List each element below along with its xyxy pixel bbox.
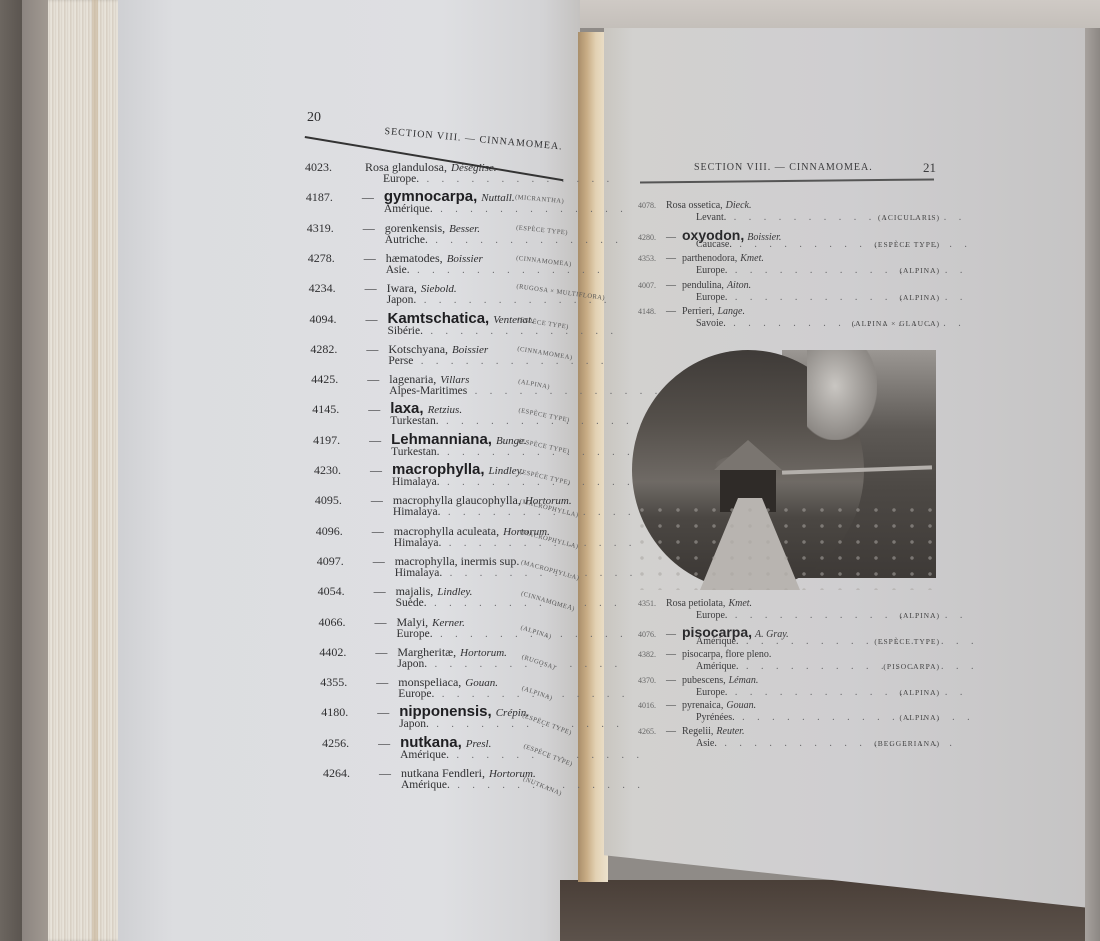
region-name: Europe.	[696, 265, 727, 276]
ditto-dash: —	[666, 306, 682, 317]
entry-region: Sibérie. . . . . . . . . . . . . .	[388, 325, 618, 337]
entry-region: Europe. . . . . . . . . . . . . .	[398, 688, 629, 700]
page-edge-highlight	[92, 0, 98, 941]
ditto-dash: —	[366, 342, 388, 357]
catalog-entry: 4016.—pyrenaica,Gouan.	[638, 700, 756, 711]
entry-region: Alpes-Maritimes . . . . . . . . . . . . …	[389, 385, 662, 397]
page-number: 21	[923, 160, 936, 176]
region-name: Amérique.	[384, 203, 433, 215]
region-name: Suède.	[396, 597, 427, 609]
entry-number: 4319.	[307, 221, 363, 236]
species-name: hæmatodes,	[386, 251, 443, 265]
region-name: Europe.	[383, 173, 419, 185]
species-name: Kotschyana,	[388, 342, 448, 356]
ditto-dash: —	[362, 190, 384, 205]
entry-region: Suède. . . . . . . . . . . . . .	[396, 597, 622, 609]
entry-region: Himalaya. . . . . . . . . . . . . .	[392, 476, 635, 488]
entry-number: 4066.	[319, 615, 375, 630]
region-name: Europe.	[398, 688, 434, 700]
entry-region: Himalaya. . . . . . . . . . . . . .	[395, 567, 638, 579]
species-name: macrophylla glaucophylla,	[393, 493, 521, 507]
group-tag: (PISOCARPA)	[883, 662, 940, 671]
region-name: Savoie.	[696, 318, 726, 329]
species-author: Léman.	[729, 675, 759, 686]
group-tag: (ESPÈCE TYPE)	[874, 240, 940, 249]
garden-photo-illustration	[632, 350, 936, 590]
entry-number: 4097.	[317, 554, 373, 569]
entry-number: 4230.	[314, 463, 370, 478]
region-name: Pyrénées.	[696, 712, 735, 723]
catalog-entry: 4078.Rosa ossetica,Dieck.	[638, 200, 751, 211]
region-name: Himalaya.	[392, 476, 440, 488]
entry-region: Himalaya. . . . . . . . . . . . . .	[394, 537, 637, 549]
species-name: Malyi,	[397, 615, 429, 629]
region-name: Amérique.	[401, 779, 450, 791]
ditto-dash: —	[366, 312, 388, 327]
entry-number: 4180.	[321, 705, 377, 720]
species-name: Rosa ossetica,	[666, 200, 723, 211]
species-name: monspeliaca,	[398, 675, 461, 689]
entry-region: Amérique. . . . . . . . . . . . . .	[384, 203, 628, 215]
group-tag: (ALPINA)	[900, 688, 941, 697]
ditto-dash: —	[375, 615, 397, 630]
group-tag: (ALPINA)	[900, 611, 941, 620]
region-name: Japon.	[387, 294, 417, 306]
ditto-dash: —	[375, 645, 397, 660]
leader-dots: . . . . . . . . . . . . .	[410, 265, 605, 276]
catalog-entry: 4370.—pubescens,Léman.	[638, 675, 758, 686]
region-name: Turkestan.	[391, 446, 439, 458]
entry-number: 4187.	[306, 190, 362, 205]
group-tag: (ALPINA)	[900, 293, 941, 302]
catalog-entry: 4007.—pendulina,Aiton.	[638, 280, 751, 291]
region-name: Japon.	[399, 718, 429, 730]
species-name: pendulina,	[682, 280, 724, 291]
species-author: Kmet.	[728, 598, 752, 609]
ditto-dash: —	[373, 554, 395, 569]
species-name: Iwara,	[387, 281, 417, 295]
species-name: pisocarpa, flore pleno.	[682, 649, 771, 660]
group-tag: (ALPINA × GLAUCA)	[852, 319, 940, 328]
entry-region: Asie. . . . . . . . . . . . . .	[386, 264, 605, 276]
region-name: Caucase.	[696, 239, 732, 250]
ditto-dash: —	[666, 649, 682, 660]
region-name: Perse	[388, 355, 413, 367]
region-name: Amérique.	[400, 749, 449, 761]
photo-sky	[807, 350, 877, 440]
entry-number: 4382.	[638, 650, 666, 659]
catalog-entry: 4265.—Regelii,Reuter.	[638, 726, 744, 737]
species-name: pyrenaica,	[682, 700, 723, 711]
species-name: majalis,	[396, 584, 434, 598]
entry-number: 4264.	[323, 766, 379, 781]
page-block-edges	[48, 0, 122, 941]
entry-region: Turkestan. . . . . . . . . . . . . .	[391, 446, 634, 458]
species-name: Rosa glandulosa,	[365, 160, 447, 174]
entry-region: Amérique. . . . . . . . . . . . . .	[400, 749, 644, 761]
ditto-dash: —	[374, 584, 396, 599]
region-name: Turkestan.	[390, 415, 438, 427]
ditto-dash: —	[369, 433, 391, 448]
entry-number: 4096.	[316, 524, 372, 539]
region-name: Amérique.	[696, 661, 739, 672]
entry-region: Japon. . . . . . . . . . . . . .	[399, 718, 624, 730]
entry-region: Turkestan. . . . . . . . . . . . . .	[390, 415, 633, 427]
region-name: Europe.	[696, 292, 727, 303]
group-tag: (ALPINA)	[900, 266, 941, 275]
species-author: Aiton.	[727, 280, 751, 291]
ditto-dash: —	[666, 675, 682, 686]
leader-dots: . . . . . . . . . . . . . . . .	[739, 661, 979, 672]
region-name: Amérique.	[696, 636, 739, 647]
ditto-dash: —	[378, 736, 400, 751]
entry-number: 4351.	[638, 599, 666, 608]
species-name: nutkana Fendleri,	[401, 766, 485, 780]
ditto-dash: —	[666, 232, 682, 243]
region-name: Europe.	[696, 687, 727, 698]
ditto-dash: —	[666, 726, 682, 737]
species-name: gorenkensis,	[385, 221, 445, 235]
ditto-dash: —	[367, 372, 389, 387]
ditto-dash: —	[666, 253, 682, 264]
species-author: Dieck.	[726, 200, 752, 211]
species-name: parthenodora,	[682, 253, 737, 264]
leader-dots: . . . . . . . . . . . . .	[429, 719, 624, 730]
region-name: Levant.	[696, 212, 726, 223]
species-author: Lange.	[718, 306, 746, 317]
ditto-dash: —	[364, 251, 386, 266]
catalog-entry: 4148.—Perrieri,Lange.	[638, 306, 745, 317]
region-name: Autriche.	[385, 234, 428, 246]
ditto-dash: —	[365, 281, 387, 296]
entry-number: 4425.	[311, 372, 367, 387]
entry-number: 4076.	[638, 630, 666, 639]
entry-number: 4197.	[313, 433, 369, 448]
entry-number: 4148.	[638, 307, 666, 316]
entry-number: 4095.	[315, 493, 371, 508]
entry-number: 4353.	[638, 254, 666, 263]
leader-dots: . . . . . . . . . . . . .	[419, 174, 614, 185]
entry-number: 4094.	[310, 312, 366, 327]
leader-dots: . . . . . . . . . . . . .	[413, 356, 608, 367]
species-name: Rosa petiolata,	[666, 598, 725, 609]
ditto-dash: —	[379, 766, 401, 781]
right-page-edge	[1085, 28, 1100, 941]
species-name: Perrieri,	[682, 306, 715, 317]
region-name: Alpes-Maritimes	[389, 385, 467, 397]
entry-number: 4145.	[312, 402, 368, 417]
entry-number: 4265.	[638, 727, 666, 736]
species-name: Regelii,	[682, 726, 713, 737]
region-name: Asie.	[386, 264, 410, 276]
species-name: Margheritæ,	[397, 645, 456, 659]
leader-dots: . . . . . . . . . . . . . . . .	[739, 636, 979, 647]
region-name: Himalaya.	[393, 506, 441, 518]
ditto-dash: —	[666, 280, 682, 291]
leader-dots: . . . . . . . . . . . . .	[427, 598, 622, 609]
entry-number: 4282.	[310, 342, 366, 357]
region-name: Asie.	[696, 738, 717, 749]
entry-number: 4355.	[320, 675, 376, 690]
entry-number: 4402.	[319, 645, 375, 660]
ditto-dash: —	[368, 402, 390, 417]
species-name: lagenaria,	[389, 372, 436, 386]
flower-beds	[632, 500, 936, 590]
ditto-dash: —	[666, 629, 682, 640]
species-author: Kmet.	[740, 253, 764, 264]
group-tag: (ESPÈCE TYPE)	[874, 637, 940, 646]
entry-number: 4016.	[638, 701, 666, 710]
entry-region: Autriche. . . . . . . . . . . . . .	[385, 234, 623, 246]
entry-number: 4370.	[638, 676, 666, 685]
ditto-dash: —	[377, 705, 399, 720]
species-name: macrophylla, inermis sup.	[395, 554, 520, 568]
region-name: Himalaya.	[394, 537, 442, 549]
leader-dots: . . . . . . . . . . . . .	[439, 416, 634, 427]
group-tag: (BEGGERIANA)	[874, 739, 940, 748]
entry-number: 4256.	[322, 736, 378, 751]
region-name: Sibérie.	[388, 325, 423, 337]
catalog-entry: 4382.—pisocarpa, flore pleno.	[638, 649, 774, 660]
ditto-dash: —	[376, 675, 398, 690]
ditto-dash: —	[666, 700, 682, 711]
entry-region: Europe. . . . . . . . . . . . . .	[383, 173, 614, 185]
entry-region: Perse . . . . . . . . . . . . .	[388, 355, 608, 367]
species-name: pubescens,	[682, 675, 726, 686]
background-wall	[560, 0, 1100, 28]
ditto-dash: —	[371, 493, 393, 508]
entry-number: 4023.	[305, 160, 343, 175]
region-name: Japon.	[397, 658, 427, 670]
species-name: macrophylla aculeata,	[394, 524, 499, 538]
ditto-dash: —	[372, 524, 394, 539]
entry-number: 4280.	[638, 233, 666, 242]
region-name: Europe.	[696, 610, 727, 621]
entry-number: 4234.	[309, 281, 365, 296]
entry-number: 4054.	[318, 584, 374, 599]
catalog-entry: 4353.—parthenodora,Kmet.	[638, 253, 764, 264]
page-number: 20	[307, 110, 321, 126]
region-name: Himalaya.	[395, 567, 443, 579]
entry-region: Japon. . . . . . . . . . . . . .	[397, 658, 622, 670]
leader-dots: . . . . . . . . . . . . .	[433, 204, 628, 215]
species-author: Gouan.	[726, 700, 756, 711]
group-tag: (ACICULARIS)	[878, 213, 940, 222]
leader-dots: . . . . . . . . . . . . .	[428, 235, 623, 246]
entry-region: Himalaya. . . . . . . . . . . . . .	[393, 506, 636, 518]
running-head: SECTION VIII. — CINNAMOMEA.	[694, 162, 873, 173]
leader-dots: . . . . . . . . . . . . .	[423, 326, 618, 337]
catalog-entry: 4351.Rosa petiolata,Kmet.	[638, 598, 752, 609]
entry-number: 4078.	[638, 201, 666, 210]
entry-number: 4007.	[638, 281, 666, 290]
region-name: Europe.	[397, 628, 433, 640]
entry-region: Europe. . . . . . . . . . . . . .	[397, 628, 628, 640]
ditto-dash: —	[363, 221, 385, 236]
group-tag: (ALPINA)	[900, 713, 941, 722]
entry-number: 4278.	[308, 251, 364, 266]
species-author: Reuter.	[716, 726, 744, 737]
ditto-dash: —	[370, 463, 392, 478]
